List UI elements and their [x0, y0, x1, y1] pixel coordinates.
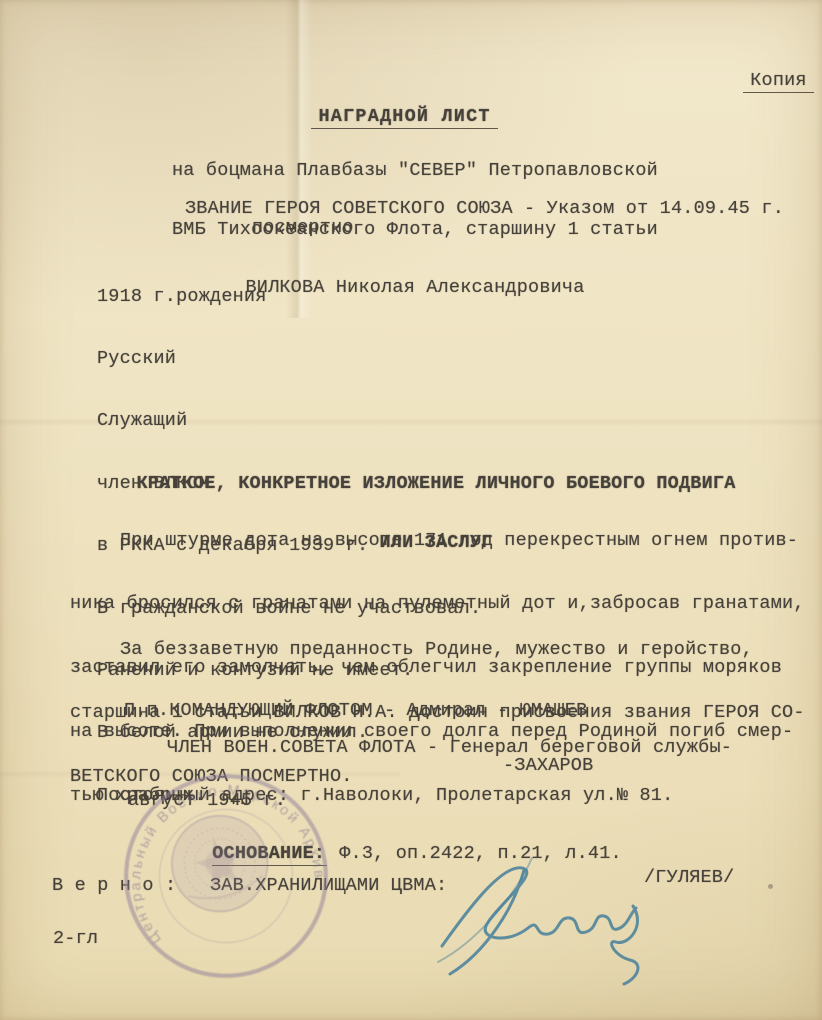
copy-label: Копия [743, 70, 814, 93]
basis-value: Ф.3, оп.2422, п.21, л.41. [339, 843, 622, 864]
award-line: ЗВАНИЕ ГЕРОЯ СОВЕТСКОГО СОЮЗА - Указом о… [185, 198, 784, 219]
scanned-award-document: Копия НАГРАДНОЙ ЛИСТ на боцмана Плавбазы… [0, 0, 822, 1020]
date-line: август 1945 г. [128, 790, 286, 811]
award-line-posthumous: посмертно [252, 217, 354, 238]
paragraph-line: При штурме дота на высоте 171 под перекр… [70, 530, 805, 551]
basis-label: ОСНОВАНИЕ: [212, 843, 327, 866]
verno-label: В е р н о : [52, 875, 176, 896]
keeper-title: ЗАВ.ХРАНИЛИЩАМИ ЦВМА: [210, 875, 447, 896]
paragraph-line: За беззаветную преданность Родине, мужес… [70, 639, 805, 660]
recipient-line: на боцмана Плавбазы "СЕВЕР" Петропавловс… [45, 161, 785, 181]
signatory-council-line: ЧЛЕН ВОЕН.СОВЕТА ФЛОТА - Генерал берегов… [167, 737, 732, 758]
page-footnote: 2-гл [53, 928, 98, 949]
certifier-name: /ГУЛЯЕВ/ [644, 867, 734, 888]
personal-data-line: Служащий [97, 411, 673, 432]
paragraph-line: ВЕТСКОГО СОЮЗА ПОСМЕРТНО. [70, 766, 805, 787]
personal-data-line: 1918 г.рождения [97, 287, 673, 308]
signatory-council-name: -ЗАХАРОВ [503, 755, 593, 776]
ink-dot [768, 884, 773, 889]
signatory-commander-line: П.п.КОМАНДУЮЩИЙ ФЛОТОМ - Адмирал - ЮМАШЕ… [124, 700, 587, 721]
personal-data-line: Русский [97, 349, 673, 370]
recipient-line: ВМБ Тихоокеанского Флота, старшину 1 ста… [45, 220, 785, 240]
